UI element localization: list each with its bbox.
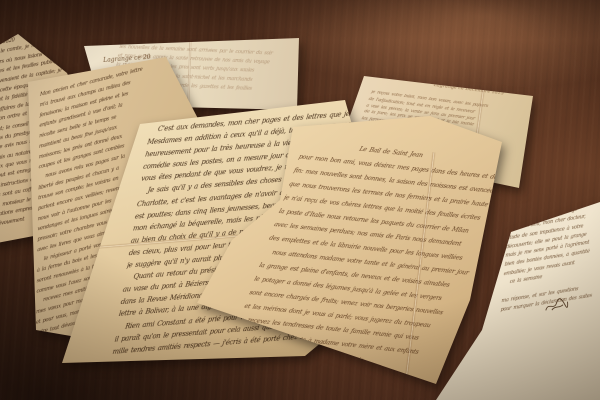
date-line: Lagrange ce Décembre 1815 (433, 83, 504, 97)
paper-bottom-right-letter: Lagrange Mon bon ami, mon cher docteur,é… (436, 202, 600, 400)
letters-on-table-photo: ce 18 juin 1820Monsieur le comte, je me … (0, 0, 600, 400)
paper-sheet: Lagrange Mon bon ami, mon cher docteur,é… (436, 202, 600, 400)
